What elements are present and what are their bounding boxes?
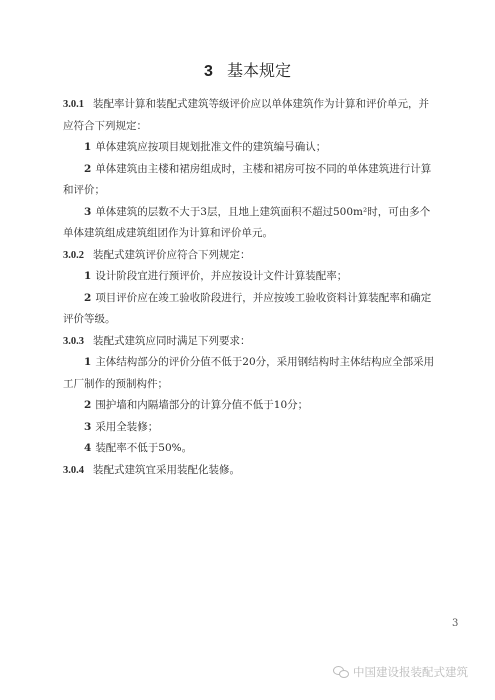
clause-item: 1设计阶段宜进行预评价，并应按设计文件计算装配率； [63,266,435,288]
clause-3-0-1: 3.0.1装配率计算和装配式建筑等级评价应以单体建筑作为计算和评价单元，并应符合… [63,94,435,137]
clause-text: 装配式建筑应同时满足下列要求： [93,335,251,347]
clause-item: 2单体建筑由主楼和裙房组成时，主楼和裙房可按不同的单体建筑进行计算和评价； [63,159,435,202]
clause-item: 2项目评价应在竣工验收阶段进行，并应按竣工验收资料计算装配率和确定评价等级。 [63,288,435,331]
clause-3-0-2: 3.0.2装配式建筑评价应符合下列规定： [63,245,435,267]
item-number: 2 [84,163,91,175]
item-number: 2 [84,399,91,411]
item-text: 单体建筑由主楼和裙房组成时，主楼和裙房可按不同的单体建筑进行计算和评价； [63,163,431,197]
item-text: 采用全装修； [95,421,158,433]
item-text: 项目评价应在竣工验收阶段进行，并应按竣工验收资料计算装配率和确定评价等级。 [63,292,431,326]
watermark: 中国建设报装配式建筑 [333,664,468,680]
clause-3-0-3: 3.0.3装配式建筑应同时满足下列要求： [63,331,435,353]
clause-item: 2围护墙和内隔墙部分的计算分值不低于10分； [63,395,435,417]
chapter-number: 3 [204,63,213,80]
clause-item: 4装配率不低于50%。 [63,438,435,460]
clause-item: 3单体建筑的层数不大于3层，且地上建筑面积不超过500m²时，可由多个单体建筑组… [63,202,435,245]
clause-item: 1单体建筑应按项目规划批准文件的建筑编号确认； [63,137,435,159]
item-text: 围护墙和内隔墙部分的计算分值不低于10分； [95,399,308,411]
clause-number: 3.0.4 [63,465,84,476]
clause-3-0-4: 3.0.4装配式建筑宜采用装配化装修。 [63,460,435,482]
item-text: 设计阶段宜进行预评价，并应按设计文件计算装配率； [95,270,347,282]
clause-item: 3采用全装修； [63,417,435,439]
watermark-text: 中国建设报装配式建筑 [353,664,468,680]
item-number: 1 [84,270,91,282]
clause-text: 装配式建筑评价应符合下列规定： [93,249,251,261]
document-body: 3.0.1装配率计算和装配式建筑等级评价应以单体建筑作为计算和评价单元，并应符合… [63,94,435,481]
item-number: 4 [84,442,91,454]
item-text: 主体结构部分的评价分值不低于20分，采用钢结构时主体结构应全部采用工厂制作的预制… [63,356,434,390]
clause-item: 1主体结构部分的评价分值不低于20分，采用钢结构时主体结构应全部采用工厂制作的预… [63,352,435,395]
clause-number: 3.0.1 [63,99,84,110]
clause-number: 3.0.3 [63,336,84,347]
clause-text: 装配式建筑宜采用装配化装修。 [93,464,240,476]
chapter-title: 3基本规定 [0,58,495,81]
item-text: 装配率不低于50%。 [95,442,192,454]
item-number: 3 [84,421,91,433]
chapter-title-text: 基本规定 [227,61,291,80]
item-number: 1 [84,356,91,368]
item-number: 2 [84,292,91,304]
clause-number: 3.0.2 [63,250,84,261]
item-text: 单体建筑应按项目规划批准文件的建筑编号确认； [95,141,326,153]
page-number: 3 [452,618,458,629]
item-text: 单体建筑的层数不大于3层，且地上建筑面积不超过500m²时，可由多个单体建筑组成… [63,206,430,240]
item-number: 1 [84,141,91,153]
item-number: 3 [84,206,91,218]
clause-text: 装配率计算和装配式建筑等级评价应以单体建筑作为计算和评价单元，并应符合下列规定： [63,98,429,132]
wechat-icon [333,666,349,678]
